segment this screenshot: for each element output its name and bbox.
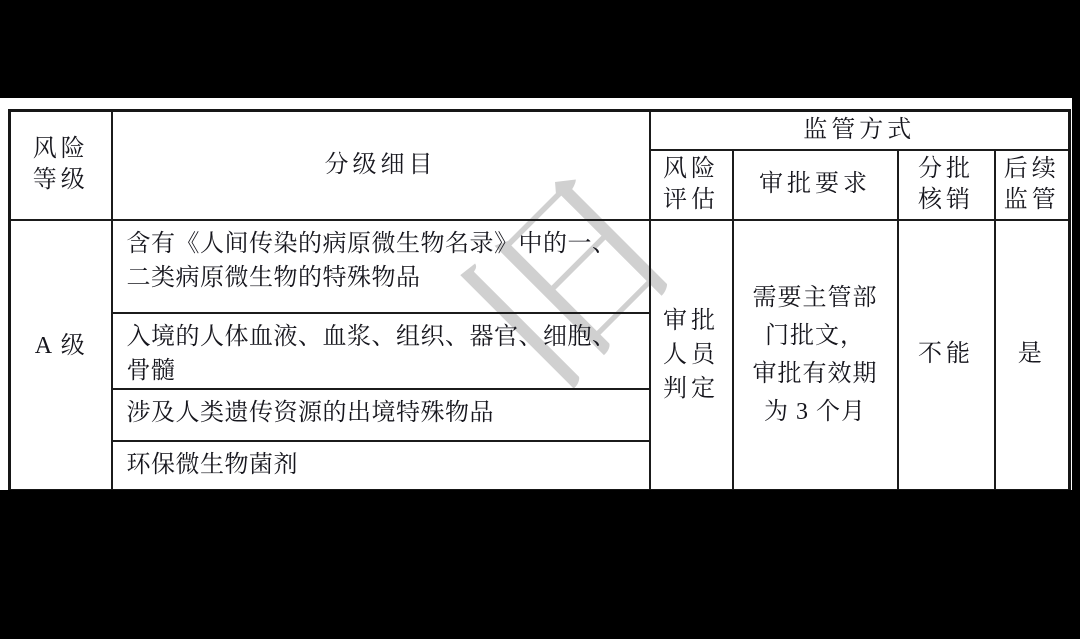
approval-requirement-line2: 门批文， bbox=[735, 317, 896, 355]
header-cell-supervision-mode: 监管方式 bbox=[650, 111, 1070, 150]
header-followup-line2: 监管 bbox=[997, 185, 1068, 216]
header-risk-level-line1: 风险 bbox=[12, 134, 110, 165]
approval-requirement-line1: 需要主管部 bbox=[735, 279, 896, 317]
cell-batch-writeoff-value: 不能 bbox=[898, 220, 995, 491]
risk-assessment-line3: 判定 bbox=[652, 372, 731, 406]
detail-row2-line1: 入境的人体血液、血浆、组织、器官、细胞、 bbox=[127, 320, 641, 354]
detail-cell-row2: 入境的人体血液、血浆、组织、器官、细胞、 骨髓 bbox=[112, 313, 650, 389]
risk-assessment-line1: 审批 bbox=[652, 304, 731, 338]
cell-risk-grade: A 级 bbox=[10, 220, 112, 491]
approval-requirement-line4: 为 3 个月 bbox=[735, 393, 896, 431]
detail-row2-line2: 骨髓 bbox=[127, 354, 641, 388]
document-page: 旧 风险 等级 分级细目 监管方式 风险 评估 审批要求 分批 bbox=[0, 0, 1080, 639]
detail-cell-row4: 环保微生物菌剂 bbox=[112, 441, 650, 491]
header-batch-writeoff-line2: 核销 bbox=[900, 185, 993, 216]
header-followup-line1: 后续 bbox=[997, 154, 1068, 185]
cell-followup-value: 是 bbox=[995, 220, 1070, 491]
detail-row3-line1: 涉及人类遗传资源的出境特殊物品 bbox=[127, 396, 641, 430]
header-cell-grading-detail: 分级细目 bbox=[112, 111, 650, 220]
cell-risk-assessment-value: 审批 人员 判定 bbox=[650, 220, 733, 491]
header-cell-risk-level: 风险 等级 bbox=[10, 111, 112, 220]
header-cell-followup-supervision: 后续 监管 bbox=[995, 150, 1070, 220]
detail-row4-line1: 环保微生物菌剂 bbox=[127, 448, 641, 482]
detail-cell-row1: 含有《人间传染的病原微生物名录》中的一、 二类病原微生物的特殊物品 bbox=[112, 220, 650, 313]
risk-grading-table: 风险 等级 分级细目 监管方式 风险 评估 审批要求 分批 核销 后续 监管 bbox=[8, 109, 1071, 492]
detail-row1-line1: 含有《人间传染的病原微生物名录》中的一、 bbox=[127, 227, 641, 261]
header-risk-assessment-line2: 评估 bbox=[652, 185, 731, 216]
approval-requirement-line3: 审批有效期 bbox=[735, 355, 896, 393]
cell-approval-requirement-value: 需要主管部 门批文， 审批有效期 为 3 个月 bbox=[733, 220, 898, 491]
header-cell-approval-requirement: 审批要求 bbox=[733, 150, 898, 220]
detail-cell-row3: 涉及人类遗传资源的出境特殊物品 bbox=[112, 389, 650, 441]
header-risk-assessment-line1: 风险 bbox=[652, 154, 731, 185]
risk-assessment-line2: 人员 bbox=[652, 338, 731, 372]
header-cell-batch-writeoff: 分批 核销 bbox=[898, 150, 995, 220]
letterbox-right-bar bbox=[1072, 0, 1080, 639]
letterbox-top-bar bbox=[0, 0, 1080, 98]
detail-row1-line2: 二类病原微生物的特殊物品 bbox=[127, 261, 641, 295]
header-batch-writeoff-line1: 分批 bbox=[900, 154, 993, 185]
letterbox-bottom-bar bbox=[0, 490, 1080, 639]
header-cell-risk-assessment: 风险 评估 bbox=[650, 150, 733, 220]
header-risk-level-line2: 等级 bbox=[12, 165, 110, 196]
